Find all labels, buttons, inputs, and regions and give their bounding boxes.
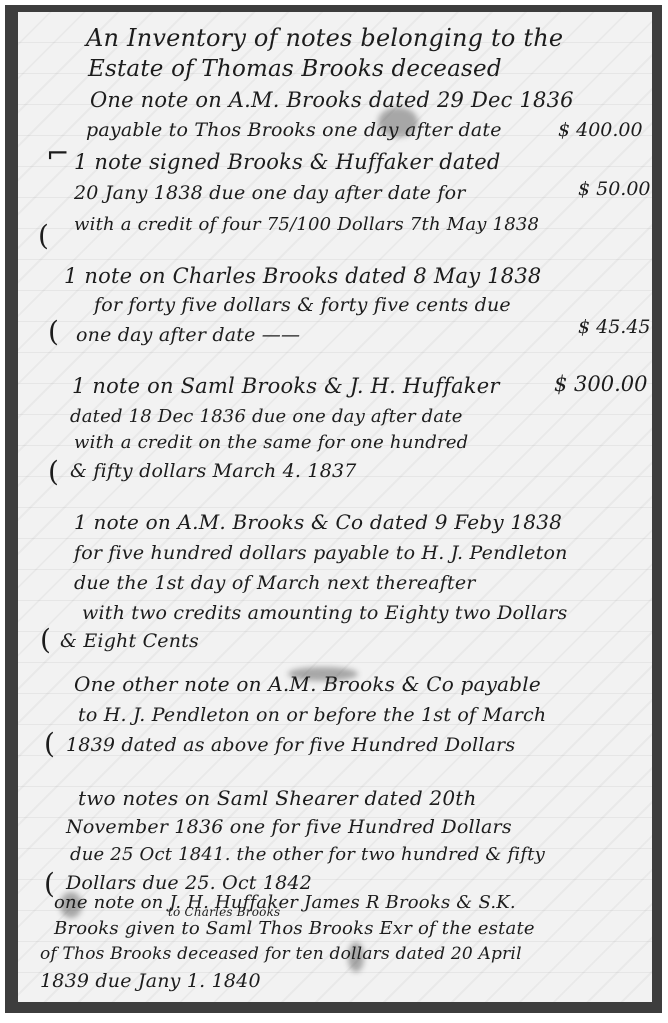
entry-7-line-4: Dollars due 25. Oct 1842 — [66, 872, 312, 894]
entry-bracket: ( — [44, 730, 55, 758]
entry-2-amount: $ 50.00 — [578, 178, 651, 200]
entry-1-line-1: One note on A.M. Brooks dated 29 Dec 183… — [90, 88, 574, 112]
entry-5-line-3: due the 1st day of March next thereafter — [74, 572, 476, 594]
entry-3-amount: $ 45.45 — [578, 316, 651, 338]
entry-4-line-4: & fifty dollars March 4. 1837 — [70, 460, 357, 482]
entry-4-amount: $ 300.00 — [554, 372, 648, 396]
entry-5-line-5: & Eight Cents — [60, 630, 199, 652]
entry-bracket: ⌐ — [46, 140, 69, 168]
entry-8-line-3: of Thos Brooks deceased for ten dollars … — [40, 944, 522, 964]
entry-2-line-2: 20 Jany 1838 due one day after date for — [74, 182, 466, 204]
entry-3-line-1: 1 note on Charles Brooks dated 8 May 183… — [64, 264, 541, 288]
entry-1-amount: $ 400.00 — [558, 119, 643, 141]
entry-6-line-3: 1839 dated as above for five Hundred Dol… — [66, 734, 515, 756]
entry-7-line-3: due 25 Oct 1841. the other for two hundr… — [70, 844, 545, 865]
entry-4-line-1: 1 note on Saml Brooks & J. H. Huffaker — [72, 374, 500, 398]
entry-8-line-1: one note on J. H. Huffaker James R Brook… — [54, 892, 516, 913]
entry-2-line-1: 1 note signed Brooks & Huffaker dated — [74, 150, 501, 174]
entry-5-line-1: 1 note on A.M. Brooks & Co dated 9 Feby … — [74, 510, 562, 534]
entry-2-line-3: with a credit of four 75/100 Dollars 7th… — [74, 214, 539, 235]
entry-4-line-2: dated 18 Dec 1836 due one day after date — [70, 406, 463, 427]
entry-3-line-3: one day after date —— — [76, 324, 300, 346]
entry-1-line-2: payable to Thos Brooks one day after dat… — [86, 119, 502, 141]
entry-bracket: ( — [38, 222, 49, 250]
entry-6-line-2: to H. J. Pendleton on or before the 1st … — [78, 704, 546, 726]
entry-8-line-4: 1839 due Jany 1. 1840 — [40, 970, 261, 992]
entry-5-line-2: for five hundred dollars payable to H. J… — [74, 542, 568, 564]
entry-bracket: ( — [48, 318, 59, 346]
entry-bracket: ( — [40, 626, 51, 654]
entry-6-line-1: One other note on A.M. Brooks & Co payab… — [74, 672, 541, 696]
title-line-1: An Inventory of notes belonging to the — [86, 24, 563, 52]
entry-3-line-2: for forty five dollars & forty five cent… — [94, 294, 511, 316]
entry-4-line-3: with a credit on the same for one hundre… — [74, 432, 468, 453]
entry-bracket: ( — [48, 458, 59, 486]
entry-5-line-4: with two credits amounting to Eighty two… — [82, 602, 568, 624]
title-line-2: Estate of Thomas Brooks deceased — [88, 56, 502, 82]
entry-8-line-2: Brooks given to Saml Thos Brooks Exr of … — [54, 918, 535, 939]
entry-7-line-2: November 1836 one for five Hundred Dolla… — [66, 816, 512, 838]
entry-7-line-1: two notes on Saml Shearer dated 20th — [78, 786, 477, 810]
manuscript-page: An Inventory of notes belonging to the E… — [18, 12, 652, 1002]
